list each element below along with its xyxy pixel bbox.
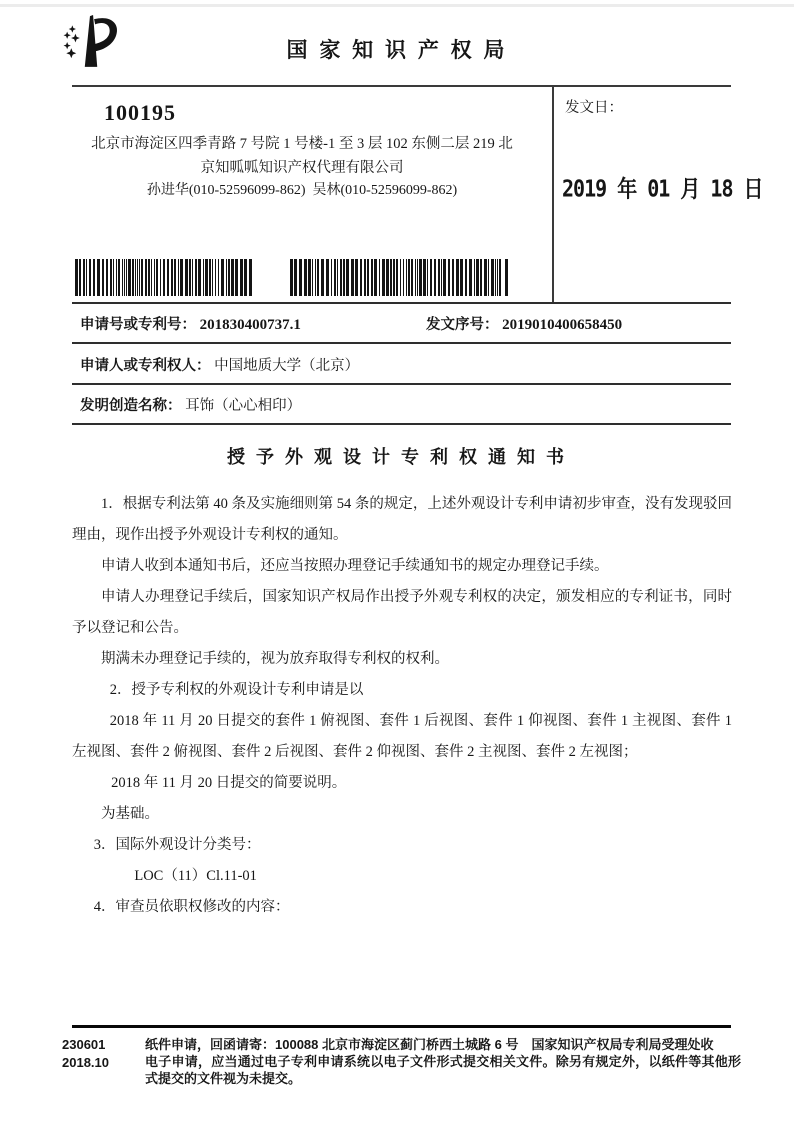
- agency-title: 国 家 知 识 产 权 局: [0, 34, 794, 64]
- header-rule: [72, 85, 731, 87]
- application-number-label: 申请号或专利号：: [80, 317, 196, 333]
- applicant-row: 申请人或专利权人： 中国地质大学（北京）: [80, 354, 359, 375]
- addressee-block: 100195 北京市海淀区四季青路 7 号院 1 号楼-1 至 3 层 102 …: [88, 100, 516, 201]
- paragraph-11: 4．审查员依职权修改的内容：: [72, 892, 732, 923]
- table-rule-2: [72, 342, 731, 344]
- dispatch-date-value: 2019 年 01 月 18 日: [562, 170, 763, 203]
- footer-rule: [72, 1025, 731, 1028]
- serial-number-label: 发文序号：: [426, 317, 499, 333]
- invention-name-row: 发明创造名称： 耳饰（心心相印）: [80, 394, 301, 415]
- paragraph-10: LOC（11）Cl.11-01: [72, 861, 732, 892]
- paragraph-6: 2018 年 11 月 20 日提交的套件 1 俯视图、套件 1 后视图、套件 …: [72, 706, 732, 768]
- paragraph-5: 2．授予专利权的外观设计专利申请是以: [72, 675, 732, 706]
- form-code-block: 230601 2018.10: [62, 1036, 142, 1072]
- notice-title: 授 予 外 观 设 计 专 利 权 通 知 书: [0, 443, 794, 469]
- paragraph-2: 申请人收到本通知书后，还应当按照办理登记手续通知书的规定办理登记手续。: [72, 551, 732, 582]
- form-version: 2018.10: [62, 1054, 142, 1071]
- notice-body: 1．根据专利法第 40 条及实施细则第 54 条的规定，上述外观设计专利申请初步…: [72, 489, 732, 923]
- barcode-right: [290, 259, 508, 296]
- paragraph-9: 3．国际外观设计分类号：: [72, 830, 732, 861]
- paragraph-3: 申请人办理登记手续后，国家知识产权局作出授予外观专利权的决定，颁发相应的专利证书…: [72, 582, 732, 644]
- paragraph-1: 1．根据专利法第 40 条及实施细则第 54 条的规定，上述外观设计专利申请初步…: [72, 489, 732, 551]
- serial-number-row: 发文序号： 2019010400658450: [426, 313, 622, 334]
- paragraph-8: 为基础。: [72, 799, 732, 830]
- barcode-left: [75, 259, 252, 296]
- footer-notes: 纸件申请，回函请寄：100088 北京市海淀区蓟门桥西土城路 6 号 国家知识产…: [145, 1036, 741, 1087]
- application-number-row: 申请号或专利号： 201830400737.1: [80, 313, 301, 334]
- paragraph-4: 期满未办理登记手续的，视为放弃取得专利权的权利。: [72, 644, 732, 675]
- footer-note-paper: 纸件申请，回函请寄：100088 北京市海淀区蓟门桥西土城路 6 号 国家知识产…: [145, 1036, 741, 1053]
- table-rule-4: [72, 423, 731, 425]
- invention-name-label: 发明创造名称：: [80, 398, 182, 414]
- paragraph-7: 2018 年 11 月 20 日提交的简要说明。: [72, 768, 732, 799]
- postal-code: 100195: [104, 100, 516, 126]
- serial-number-value: 2019010400658450: [502, 317, 622, 333]
- patent-notice-page: 国 家 知 识 产 权 局 100195 北京市海淀区四季青路 7 号院 1 号…: [0, 0, 794, 1123]
- dispatch-box-divider: [552, 86, 554, 303]
- dispatch-date-label: 发文日：: [565, 96, 623, 117]
- invention-name-value: 耳饰（心心相印）: [185, 398, 301, 414]
- applicant-label: 申请人或专利权人：: [80, 358, 211, 374]
- form-code: 230601: [62, 1036, 142, 1053]
- footer-note-electronic: 电子申请，应当通过电子专利申请系统以电子文件形式提交相关文件。除另有规定外，以纸…: [145, 1053, 741, 1087]
- scan-artifact-band: [0, 4, 794, 7]
- table-rule-1: [72, 302, 731, 304]
- applicant-value: 中国地质大学（北京）: [214, 358, 359, 374]
- table-rule-3: [72, 383, 731, 385]
- address-line-2: 京知呱呱知识产权代理有限公司: [88, 158, 516, 178]
- application-number-value: 201830400737.1: [200, 317, 301, 333]
- agent-contacts: 孙进华(010-52596099-862) 吴林(010-52596099-86…: [88, 181, 516, 201]
- address-line-1: 北京市海淀区四季青路 7 号院 1 号楼-1 至 3 层 102 东侧二层 21…: [88, 134, 516, 154]
